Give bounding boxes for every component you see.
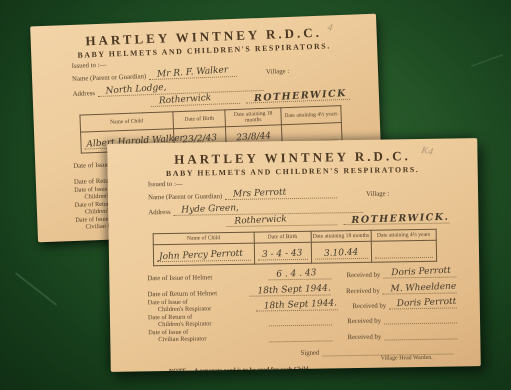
address-line-2: Rotherwick [226,214,337,227]
address-value-line2: Rotherwick [159,94,212,106]
name-label: Name (Parent or Guardian) [148,193,222,201]
village-label: Village : [240,66,352,77]
return-childrens-recv-line [384,313,457,325]
col-date-of-birth: Date of Birth [254,231,311,243]
received-by-label: Received by [347,272,381,280]
address-label: Address [73,90,96,98]
received-by-label: Received by [352,303,386,311]
village-value: ROTHERWICK [254,89,347,103]
issue-helmet-received-by: Doris Perrott [391,267,451,278]
return-childrens-line [269,315,332,327]
signed-label: Signed [300,349,319,356]
address-value-line2: Rotherwick [234,215,287,226]
name-line: Mrs Perrott [225,187,337,200]
issue-childrens-line: 18th Sept 1944. [256,300,337,312]
issue-civilian-label: Date of Issue ofCivilian Respirator [148,329,266,344]
col-attaining-18-months: Date attaining 18 months [225,108,281,127]
issue-helmet-label: Date of Issue of Helmet [147,273,265,282]
return-helmet-received-by: M. Wheeldene [391,283,457,295]
name-label: Name (Parent or Guardian) [72,73,146,83]
return-childrens-label: Date of Return ofChildren's Respirator [148,314,266,329]
issue-helmet-row: Date of Issue of Helmet 6 . 4 . 43 Recei… [147,266,459,282]
photo-background: 4 HARTLEY WINTNEY R.D.C. BABY HELMETS AN… [0,0,511,390]
issue-civilian-row: Date of Issue ofCivilian Respirator Rece… [148,326,460,344]
return-helmet-recv-line: M. Wheeldene [383,282,457,294]
child-table: Name of Child Date of Birth Date attaini… [153,229,437,266]
date-of-birth-value: 3 - 4 - 43 [262,249,303,260]
issue-helmet-date: 6 . 4 . 43 [276,269,316,280]
note-line-2: This card to be returned to the A.R.P. O… [193,371,471,372]
pencil-mark: K4 [421,145,435,158]
issue-civilian-line [269,330,332,342]
village-line: ROTHERWICK. [343,213,449,226]
issue-civilian-label-l2: Civilian Respirator [148,335,266,343]
return-helmet-label: Date of Return of Helmet [148,290,247,299]
issue-childrens-date: 18th Sept 1944. [264,300,338,312]
village-line: ROTHERWICK [246,89,350,104]
record-card-perrott: K4 HARTLEY WINTNEY R.D.C. BABY HELMETS A… [107,138,481,372]
issue-childrens-recv-line: Doris Perrott [389,298,457,310]
return-helmet-line: 18th Sept 1944. [250,284,331,296]
attaining-18-months-value: 3.10.44 [324,249,359,259]
col-date-of-birth: Date of Birth [173,110,226,129]
child-name-value: John Percy Perrott [159,250,243,263]
address-label: Address [148,209,170,216]
village-value: ROTHERWICK. [351,213,449,225]
name-value: Mrs Perrott [233,188,287,199]
issue-helmet-line: 6 . 4 . 43 [268,268,331,280]
issue-childrens-label: Date of Issue ofChildren's Respirator [148,299,254,314]
address-value-line1: Hyde Green, [181,204,239,215]
received-by-label: Received by [346,288,380,296]
issue-helmet-recv-line: Doris Perrott [383,266,456,278]
name-line: Mr R. F. Walker [149,66,237,80]
signed-row: Signed [300,343,456,356]
felt-scratch [471,54,503,67]
note-line-1: NOTE.—A separate card is to be used for … [169,363,481,372]
address-value-line1: North Lodge, [106,84,167,97]
name-value: Mr R. F. Walker [157,66,229,79]
felt-scratch [15,272,57,306]
signed-line [322,343,453,356]
received-by-label: Received by [347,318,381,326]
address-line-2: Rotherwick [151,93,240,107]
name-row: Name (Parent or Guardian) Mrs Perrott Vi… [148,186,452,202]
child-table-row: John Percy Perrott 3 - 4 - 43 3.10.44 [153,240,436,265]
received-by-label: Received by [347,333,381,341]
issue-civilian-recv-line [384,328,457,340]
return-helmet-date: 18th Sept 1944. [258,284,332,296]
issue-childrens-label-l2: Children's Respirator [148,305,254,313]
return-childrens-label-l2: Children's Respirator [148,320,266,328]
issue-childrens-received-by: Doris Perrott [397,298,457,309]
village-label: Village : [340,190,452,199]
